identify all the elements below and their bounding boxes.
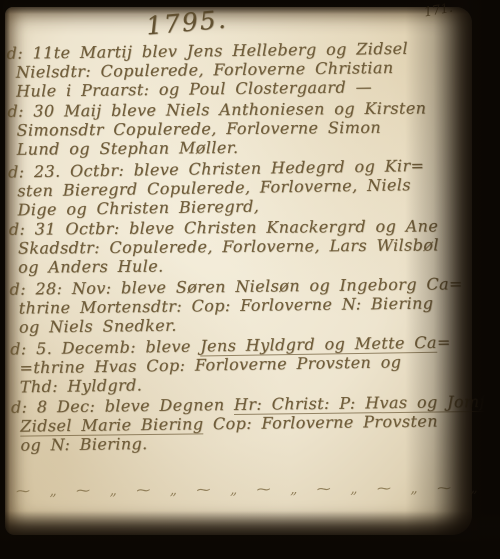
manuscript-entry: d: 31 Octbr: bleve Christen Knackergrd o… [9,216,455,277]
manuscript-line: d: 30 Maij bleve Niels Anthoniesen og Ki… [7,98,453,121]
manuscript-entry: d: 30 Maij bleve Niels Anthoniesen og Ki… [7,98,453,159]
manuscript-text-segment: Hule i Praarst: og Poul Clostergaard — [16,77,372,100]
manuscript-line: Hule i Praarst: og Poul Clostergaard — [16,76,453,100]
manuscript-text-segment: Dige og Christen Bieregrd, [17,197,259,220]
manuscript-entry: d: 28: Nov: bleve Søren Nielsøn og Ingeb… [9,274,456,336]
manuscript-line: og N: Biering. [20,430,457,454]
manuscript-text-segment: og Niels Snedker. [19,316,177,337]
manuscript-line: Lund og Stephan Møller. [17,136,454,158]
manuscript-text-segment: Skadsdtr: Copulerede, Forloverne, Lars W… [18,235,439,257]
ditto-marks-row: ⁓ „ ⁓ „ ⁓ „ ⁓ „ ⁓ „ ⁓ „ ⁓ „ ⁓ „ ⁓ — [16,480,468,499]
manuscript-text-segment: Cop: Forloverne Provsten [203,411,438,433]
manuscript-text-segment: Simonsdtr Copulerede, Forloverne Simon [16,118,381,140]
manuscript-line: og Anders Hule. [18,254,455,276]
manuscript-entries: d: 11te Martij blev Jens Helleberg og Zi… [6,38,457,456]
manuscript-scan: 1795. 171. d: 11te Martij blev Jens Hell… [0,0,500,559]
manuscript-text-segment: og Anders Hule. [18,257,164,277]
manuscript-entry: d: 11te Martij blev Jens Helleberg og Zi… [6,38,453,100]
manuscript-text-segment: Zidsel Marie Biering [20,414,203,436]
manuscript-line: Skadsdtr: Copulerede, Forloverne, Lars W… [18,235,455,257]
manuscript-entry: d: 8 Dec: bleve Degnen Hr: Christ: P: Hv… [11,392,458,454]
manuscript-entry: d: 5. Decemb: bleve Jens Hyldgrd og Mett… [10,332,457,396]
manuscript-text-segment: Lund og Stephan Møller. [17,138,239,159]
manuscript-text-segment: Thd: Hyldgrd. [20,375,143,396]
manuscript-text-segment: og N: Biering. [20,434,147,455]
manuscript-text-segment: = [437,333,451,352]
manuscript-entry: d: 23. Octbr: bleve Christen Hedegrd og … [8,156,455,220]
